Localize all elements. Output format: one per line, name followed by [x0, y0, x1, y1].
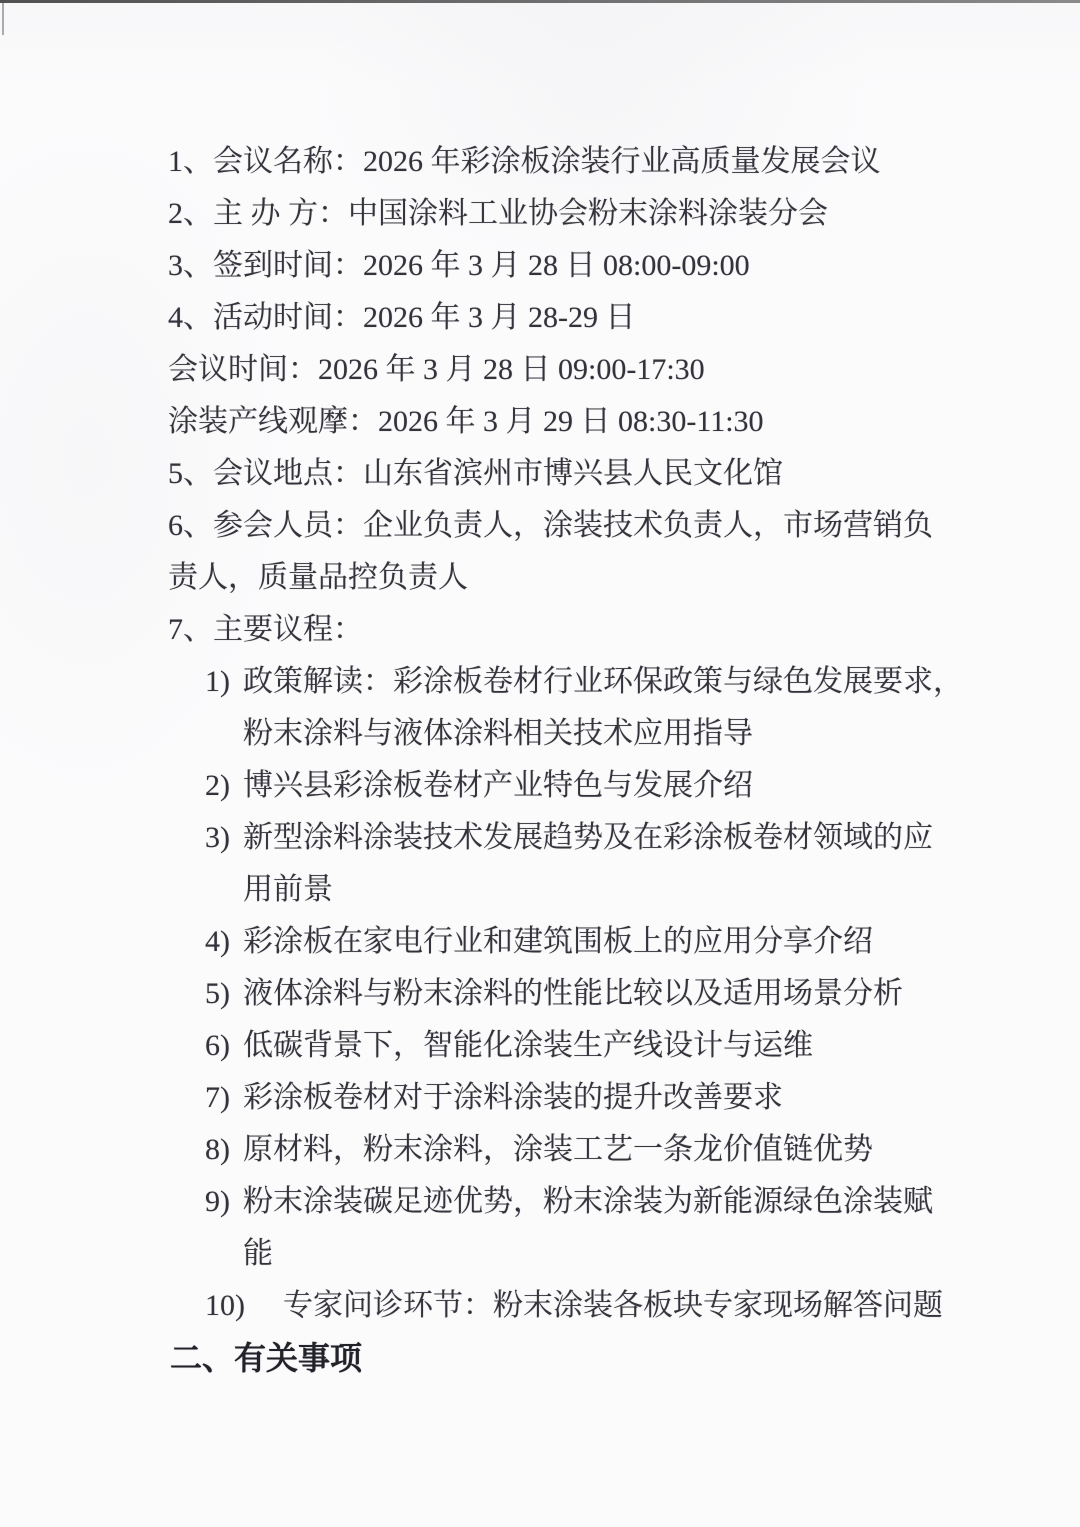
agenda-item-text: 低碳背景下，智能化涂装生产线设计与运维 [243, 1020, 813, 1072]
agenda-item-4: 4) 彩涂板在家电行业和建筑围板上的应用分享介绍 [0, 916, 1080, 968]
agenda-item-10: 10) 专家问诊环节：粉末涂装各板块专家现场解答问题 [0, 1280, 1080, 1332]
list-marker: 4) [205, 916, 243, 968]
agenda-item-text: 博兴县彩涂板卷材产业特色与发展介绍 [243, 760, 753, 812]
scan-edge-line [0, 0, 1080, 3]
list-marker: 2) [205, 760, 243, 812]
agenda-item-text: 新型涂料涂装技术发展趋势及在彩涂板卷材领域的应 [243, 812, 933, 864]
agenda-item-3: 3) 新型涂料涂装技术发展趋势及在彩涂板卷材领域的应 [0, 812, 1080, 864]
line-agenda-title: 7、主要议程： [0, 604, 1080, 656]
agenda-item-6: 6) 低碳背景下，智能化涂装生产线设计与运维 [0, 1020, 1080, 1072]
list-marker: 5) [205, 968, 243, 1020]
agenda-item-text: 专家问诊环节：粉末涂装各板块专家现场解答问题 [283, 1280, 943, 1332]
agenda-item-text: 原材料，粉末涂料，涂装工艺一条龙价值链优势 [243, 1124, 873, 1176]
agenda-item-1: 1) 政策解读：彩涂板卷材行业环保政策与绿色发展要求， [0, 656, 1080, 708]
agenda-item-7: 7) 彩涂板卷材对于涂料涂装的提升改善要求 [0, 1072, 1080, 1124]
line-checkin-time: 3、签到时间：2026 年 3 月 28 日 08:00-09:00 [0, 240, 1080, 292]
list-marker: 1) [205, 656, 243, 708]
scanned-document-page: 1、会议名称：2026 年彩涂板涂装行业高质量发展会议 2、主 办 方：中国涂料… [0, 0, 1080, 1527]
line-meeting-name: 1、会议名称：2026 年彩涂板涂装行业高质量发展会议 [0, 136, 1080, 188]
list-marker: 9) [205, 1176, 243, 1228]
line-attendees: 6、参会人员：企业负责人，涂装技术负责人，市场营销负 [0, 500, 1080, 552]
section-heading: 二、有关事项 [0, 1332, 1080, 1384]
agenda-item-3-continued: 用前景 [0, 864, 1080, 916]
line-activity-time: 4、活动时间：2026 年 3 月 28-29 日 [0, 292, 1080, 344]
agenda-item-1-continued: 粉末涂料与液体涂料相关技术应用指导 [0, 708, 1080, 760]
list-marker: 8) [205, 1124, 243, 1176]
agenda-item-8: 8) 原材料，粉末涂料，涂装工艺一条龙价值链优势 [0, 1124, 1080, 1176]
agenda-item-text: 彩涂板卷材对于涂料涂装的提升改善要求 [243, 1072, 783, 1124]
agenda-item-5: 5) 液体涂料与粉末涂料的性能比较以及适用场景分析 [0, 968, 1080, 1020]
list-marker: 7) [205, 1072, 243, 1124]
agenda-item-9-continued: 能 [0, 1228, 1080, 1280]
scan-corner-mark [2, 3, 4, 35]
document-content: 1、会议名称：2026 年彩涂板涂装行业高质量发展会议 2、主 办 方：中国涂料… [0, 136, 1080, 1384]
line-venue: 5、会议地点：山东省滨州市博兴县人民文化馆 [0, 448, 1080, 500]
agenda-item-9: 9) 粉末涂装碳足迹优势，粉末涂装为新能源绿色涂装赋 [0, 1176, 1080, 1228]
list-marker: 10) [205, 1280, 283, 1332]
line-production-line-tour: 涂装产线观摩：2026 年 3 月 29 日 08:30-11:30 [0, 396, 1080, 448]
agenda-item-text: 彩涂板在家电行业和建筑围板上的应用分享介绍 [243, 916, 873, 968]
list-marker: 3) [205, 812, 243, 864]
agenda-item-text: 粉末涂装碳足迹优势，粉末涂装为新能源绿色涂装赋 [243, 1176, 933, 1228]
line-attendees-continued: 责人，质量品控负责人 [0, 552, 1080, 604]
agenda-item-2: 2) 博兴县彩涂板卷材产业特色与发展介绍 [0, 760, 1080, 812]
agenda-item-text: 政策解读：彩涂板卷材行业环保政策与绿色发展要求， [243, 656, 963, 708]
list-marker: 6) [205, 1020, 243, 1072]
line-meeting-time: 会议时间：2026 年 3 月 28 日 09:00-17:30 [0, 344, 1080, 396]
line-organizer: 2、主 办 方：中国涂料工业协会粉末涂料涂装分会 [0, 188, 1080, 240]
agenda-item-text: 液体涂料与粉末涂料的性能比较以及适用场景分析 [243, 968, 903, 1020]
